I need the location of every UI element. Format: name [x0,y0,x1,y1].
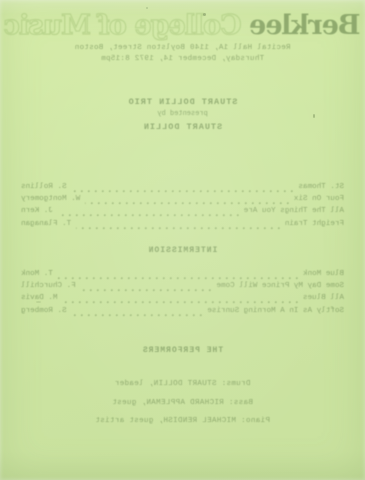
performer-line: Drums: STUART DOLLIN, leader [0,375,365,394]
performer-line: Piano: MICHAEL RENDISH, guest artist [0,412,365,431]
masthead: Berklee College of Music [0,11,365,41]
program-row: Some Day My Prince Will Come F. Churchil… [21,282,344,294]
program-row: St. Thomas S. Rollins [21,183,344,195]
scan-speck [36,301,41,303]
composer-name: S. Rollins [21,183,67,191]
song-title: All Blues [303,294,344,302]
song-title: Four On Six [294,195,344,203]
dot-leader [72,187,294,195]
venue-address-line: Recital Hall 1A, 1140 Boylston Street, B… [0,44,365,52]
program-second-half: Blue Monk T. Monk Some Day My Prince Wil… [21,270,344,319]
dot-leader [81,286,212,294]
composer-name: T. Flanagan [21,220,71,228]
program-row: Softly As In A Morning Sunrise S. Romber… [21,307,344,319]
dot-leader [62,299,298,307]
program-row: Blue Monk T. Monk [21,270,344,282]
scan-speck [313,114,315,118]
composer-name: J. Kern [21,207,53,215]
composer-name: S. Romberg [21,307,67,315]
song-title: St. Thomas [298,183,344,191]
program-first-half: St. Thomas S. Rollins Four On Six W. Mon… [21,183,344,232]
showthrough-text-layer: Berklee College of Music Recital Hall 1A… [0,0,365,480]
song-title: Softly As In A Morning Sunrise [207,307,344,315]
song-title: Blue Monk [303,270,344,278]
performers-list: Drums: STUART DOLLIN, leader Bass: RICHA… [0,375,365,431]
scanned-program-page: Berklee College of Music Recital Hall 1A… [0,0,365,480]
program-row: Freight Train T. Flanagan [21,220,344,232]
program-row: All The Things You Are J. Kern [21,207,344,219]
dot-leader [58,212,239,220]
dot-leader [58,274,298,282]
masthead-outline-text: College of Music [4,10,241,41]
scan-speck [203,13,206,16]
dot-leader [76,224,280,232]
dot-leader [72,311,203,319]
presenter-name: STUART DOLLIN [0,122,365,132]
song-title: All The Things You Are [244,207,344,215]
song-title: Freight Train [285,220,344,228]
dot-leader [85,199,289,207]
date-time-line: Thursday, December 14, 1972 8:15pm [0,55,365,63]
ensemble-title: STUART DOLLIN TRIO [0,97,365,107]
performers-heading: THE PERFORMERS [0,346,365,355]
masthead-bold-text: Berklee [250,10,361,41]
performer-line: Bass: RICHARD APPLEMAN, guest [0,394,365,413]
presented-by-label: presented by [0,110,365,118]
program-row: Four On Six W. Montgomery [21,195,344,207]
composer-name: W. Montgomery [21,195,80,203]
song-title: Some Day My Prince Will Come [216,282,344,290]
composer-name: T. Monk [21,270,53,278]
program-row: All Blues M. Davis [21,294,344,306]
intermission-heading: INTERMISSION [0,246,365,255]
scan-speck [146,7,148,9]
composer-name: F. Churchill [21,282,76,290]
